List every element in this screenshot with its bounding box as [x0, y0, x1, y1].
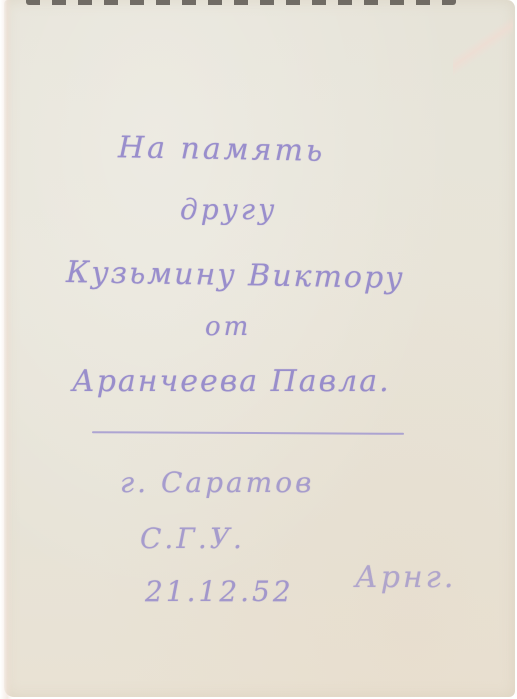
inscription-line-sender: Аранчеева Павла.: [72, 364, 391, 399]
left-edge: [0, 0, 12, 699]
footer-date: 21.12.52: [145, 575, 294, 608]
inscription-line-recipient: Кузьмину Виктору: [66, 255, 405, 296]
deckle-edge-top: [26, 0, 456, 5]
footer-institution: С.Г.У.: [140, 522, 245, 555]
corner-crease: [453, 8, 513, 88]
footer-city: г. Саратов: [120, 466, 314, 499]
inscription-line-keepsake: На память: [118, 130, 326, 169]
inscription-line-from: от: [205, 312, 251, 342]
inscription-line-friend: другу: [180, 193, 277, 226]
signature: Арнг.: [355, 560, 456, 595]
